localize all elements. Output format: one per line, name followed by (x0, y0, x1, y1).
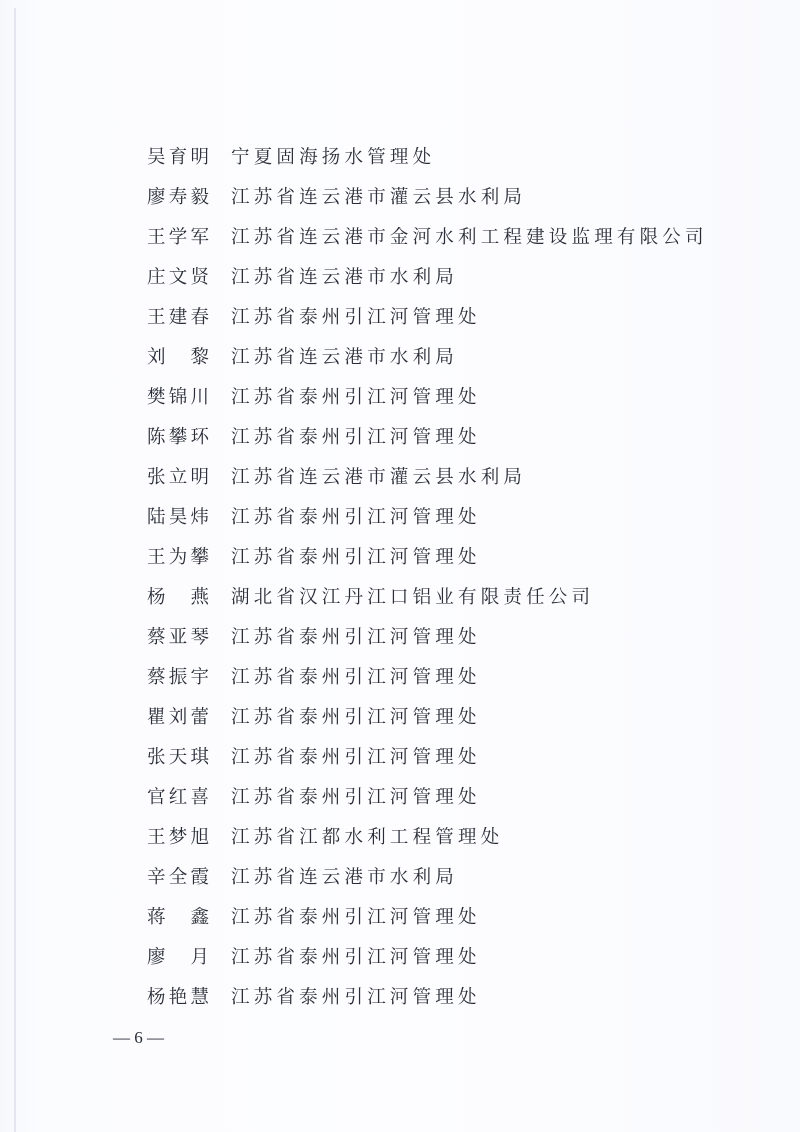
list-item: 廖寿毅江苏省连云港市灌云县水利局 (0, 178, 800, 218)
list-item: 辛全霞江苏省连云港市水利局 (0, 858, 800, 898)
document-page: 吴育明宁夏固海扬水管理处 廖寿毅江苏省连云港市灌云县水利局 王学军江苏省连云港市… (0, 0, 800, 1132)
person-name: 王学军 (147, 227, 209, 249)
organization: 江苏省泰州引江河管理处 (231, 987, 481, 1009)
list-item: 杨燕湖北省汉江丹江口铝业有限责任公司 (0, 578, 800, 618)
list-item: 陈攀环江苏省泰州引江河管理处 (0, 418, 800, 458)
person-name: 杨艳慧 (147, 987, 209, 1009)
list-item: 廖月江苏省泰州引江河管理处 (0, 938, 800, 978)
organization: 江苏省连云港市水利局 (231, 347, 458, 369)
person-name: 蔡亚琴 (147, 627, 209, 649)
person-name: 王为攀 (147, 547, 209, 569)
organization: 江苏省泰州引江河管理处 (231, 627, 481, 649)
organization: 江苏省泰州引江河管理处 (231, 547, 481, 569)
organization: 江苏省连云港市水利局 (231, 267, 458, 289)
list-item: 官红喜江苏省泰州引江河管理处 (0, 778, 800, 818)
name-list: 吴育明宁夏固海扬水管理处 廖寿毅江苏省连云港市灌云县水利局 王学军江苏省连云港市… (0, 138, 800, 1018)
person-name: 刘黎 (147, 347, 209, 369)
list-item: 吴育明宁夏固海扬水管理处 (0, 138, 800, 178)
list-item: 王梦旭江苏省江都水利工程管理处 (0, 818, 800, 858)
organization: 江苏省泰州引江河管理处 (231, 667, 481, 689)
list-item: 张立明江苏省连云港市灌云县水利局 (0, 458, 800, 498)
person-name: 杨燕 (147, 587, 209, 609)
person-name: 蔡振宇 (147, 667, 209, 689)
person-name: 陈攀环 (147, 427, 209, 449)
organization: 江苏省泰州引江河管理处 (231, 747, 481, 769)
person-name: 吴育明 (147, 147, 209, 169)
organization: 江苏省泰州引江河管理处 (231, 507, 481, 529)
list-item: 张天琪江苏省泰州引江河管理处 (0, 738, 800, 778)
list-item: 蔡振宇江苏省泰州引江河管理处 (0, 658, 800, 698)
person-name: 张立明 (147, 467, 209, 489)
person-name: 瞿刘蕾 (147, 707, 209, 729)
organization: 江苏省泰州引江河管理处 (231, 947, 481, 969)
organization: 江苏省连云港市水利局 (231, 867, 458, 889)
organization: 江苏省泰州引江河管理处 (231, 387, 481, 409)
list-item: 刘黎江苏省连云港市水利局 (0, 338, 800, 378)
organization: 江苏省泰州引江河管理处 (231, 427, 481, 449)
person-name: 辛全霞 (147, 867, 209, 889)
person-name: 王建春 (147, 307, 209, 329)
organization: 江苏省泰州引江河管理处 (231, 307, 481, 329)
person-name: 廖月 (147, 947, 209, 969)
organization: 江苏省连云港市灌云县水利局 (231, 467, 526, 489)
person-name: 官红喜 (147, 787, 209, 809)
list-item: 陆昊炜江苏省泰州引江河管理处 (0, 498, 800, 538)
list-item: 王学军江苏省连云港市金河水利工程建设监理有限公司 (0, 218, 800, 258)
organization: 江苏省连云港市金河水利工程建设监理有限公司 (231, 227, 708, 249)
organization: 江苏省泰州引江河管理处 (231, 707, 481, 729)
list-item: 蒋鑫江苏省泰州引江河管理处 (0, 898, 800, 938)
organization: 江苏省江都水利工程管理处 (231, 827, 503, 849)
organization: 江苏省连云港市灌云县水利局 (231, 187, 526, 209)
list-item: 庄文贤江苏省连云港市水利局 (0, 258, 800, 298)
person-name: 廖寿毅 (147, 187, 209, 209)
person-name: 庄文贤 (147, 267, 209, 289)
list-item: 王为攀江苏省泰州引江河管理处 (0, 538, 800, 578)
list-item: 蔡亚琴江苏省泰州引江河管理处 (0, 618, 800, 658)
person-name: 王梦旭 (147, 827, 209, 849)
organization: 宁夏固海扬水管理处 (231, 147, 435, 169)
list-item: 樊锦川江苏省泰州引江河管理处 (0, 378, 800, 418)
organization: 江苏省泰州引江河管理处 (231, 907, 481, 929)
page-number: — 6 — (113, 1026, 164, 1050)
person-name: 陆昊炜 (147, 507, 209, 529)
list-item: 杨艳慧江苏省泰州引江河管理处 (0, 978, 800, 1018)
person-name: 樊锦川 (147, 387, 209, 409)
organization: 江苏省泰州引江河管理处 (231, 787, 481, 809)
list-item: 瞿刘蕾江苏省泰州引江河管理处 (0, 698, 800, 738)
person-name: 张天琪 (147, 747, 209, 769)
person-name: 蒋鑫 (147, 907, 209, 929)
list-item: 王建春江苏省泰州引江河管理处 (0, 298, 800, 338)
organization: 湖北省汉江丹江口铝业有限责任公司 (231, 587, 594, 609)
